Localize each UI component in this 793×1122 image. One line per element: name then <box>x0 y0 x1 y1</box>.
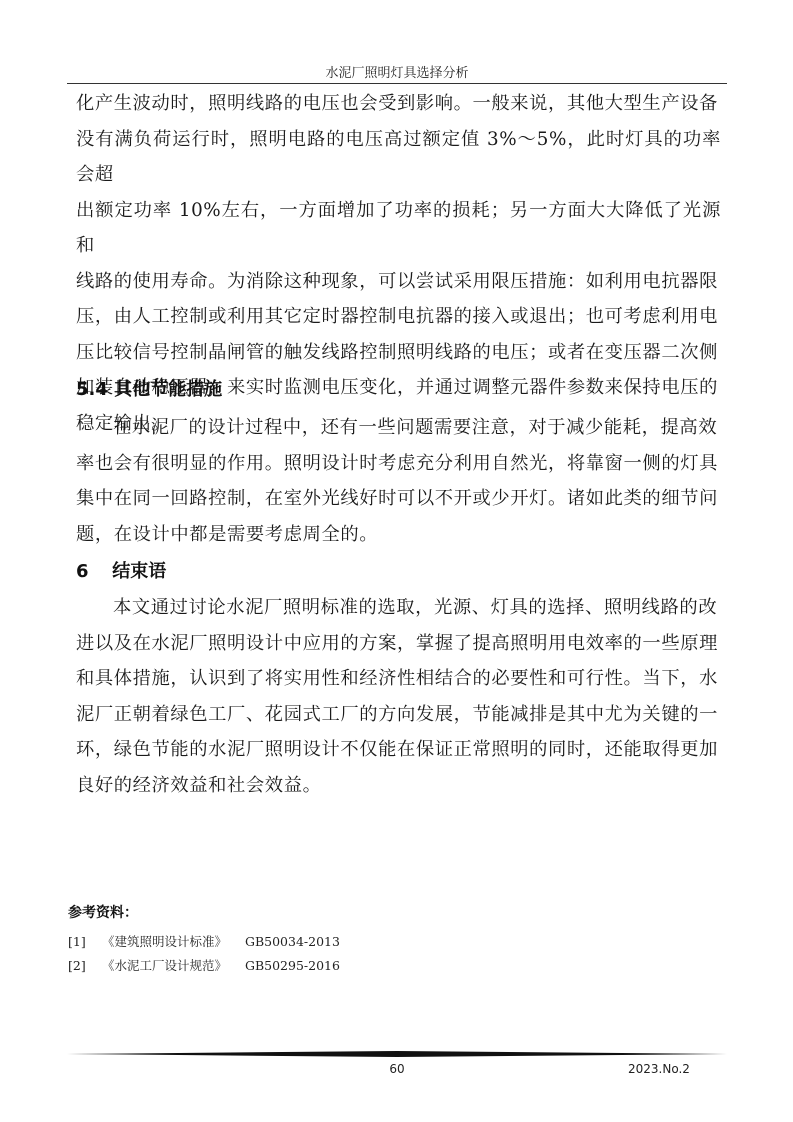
text-line: 进以及在水泥厂照明设计中应用的方案，掌握了提高照明用电效率的一些原理 <box>76 626 721 662</box>
text-line: 泥厂正朝着绿色工厂、花园式工厂的方向发展，节能减排是其中尤为关键的一 <box>76 697 721 733</box>
reference-code: GB50295-2016 <box>245 958 340 974</box>
footer-rule <box>67 1051 727 1057</box>
section-6-paragraph: 本文通过讨论水泥厂照明标准的选取，光源、灯具的选择、照明线路的改 进以及在水泥厂… <box>76 590 721 803</box>
text-line: 本文通过讨论水泥厂照明标准的选取，光源、灯具的选择、照明线路的改 <box>76 590 721 626</box>
text-line: 压，由人工控制或利用其它定时器控制电抗器的接入或退出；也可考虑利用电 <box>76 299 721 335</box>
text-line: 良好的经济效益和社会效益。 <box>76 768 721 804</box>
reference-item: [1] 《建筑照明设计标准》 GB50034-2013 <box>68 934 340 950</box>
reference-code: GB50034-2013 <box>245 934 340 950</box>
section-number: 5.4 <box>76 378 108 402</box>
text-line: 线路的使用寿命。为消除这种现象，可以尝试采用限压措施：如利用电抗器限 <box>76 264 721 300</box>
text-line: 没有满负荷运行时，照明电路的电压高过额定值 3%～5%，此时灯具的功率会超 <box>76 122 721 193</box>
text-line: 环，绿色节能的水泥厂照明设计不仅能在保证正常照明的同时，还能取得更加 <box>76 732 721 768</box>
reference-index: [2] <box>68 958 98 974</box>
text-line: 在水泥厂的设计过程中，还有一些问题需要注意，对于减少能耗，提高效 <box>76 410 721 446</box>
text-line: 压比较信号控制晶闸管的触发线路控制照明线路的电压；或者在变压器二次侧 <box>76 335 721 371</box>
section-5-4-paragraph: 在水泥厂的设计过程中，还有一些问题需要注意，对于减少能耗，提高效 率也会有很明显… <box>76 410 721 552</box>
issue-label: 2023.No.2 <box>628 1062 690 1076</box>
reference-title: 《建筑照明设计标准》 <box>102 934 227 950</box>
running-head: 水泥厂照明灯具选择分析 <box>67 66 727 82</box>
reference-title: 《水泥工厂设计规范》 <box>102 958 227 974</box>
text-line: 题，在设计中都是需要考虑周全的。 <box>76 517 721 553</box>
section-number: 6 <box>76 560 106 584</box>
reference-index: [1] <box>68 934 98 950</box>
section-title: 其他节能措施 <box>114 379 222 400</box>
header-rule <box>67 83 727 84</box>
text-line: 出额定功率 10%左右，一方面增加了功率的损耗；另一方面大大降低了光源和 <box>76 193 721 264</box>
text-line: 化产生波动时，照明线路的电压也会受到影响。一般来说，其他大型生产设备 <box>76 86 721 122</box>
text-line: 率也会有很明显的作用。照明设计时考虑充分利用自然光，将靠窗一侧的灯具 <box>76 446 721 482</box>
references-title: 参考资料： <box>68 904 138 922</box>
section-heading-5-4: 5.4 其他节能措施 <box>76 378 222 402</box>
text-line: 和具体措施，认识到了将实用性和经济性相结合的必要性和可行性。当下，水 <box>76 661 721 697</box>
reference-item: [2] 《水泥工厂设计规范》 GB50295-2016 <box>68 958 340 974</box>
section-heading-6: 6 结束语 <box>76 560 166 584</box>
page-number: 60 <box>380 1062 414 1076</box>
section-title: 结束语 <box>112 561 166 582</box>
text-line: 集中在同一回路控制，在室外光线好时可以不开或少开灯。诸如此类的细节问 <box>76 481 721 517</box>
